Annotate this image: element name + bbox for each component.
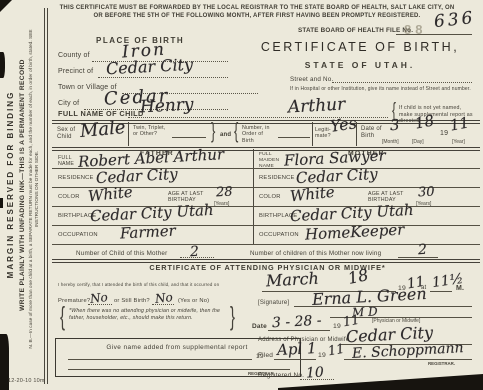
mother-occupation-label: OCCUPATION xyxy=(259,232,299,239)
filed-year-value: 11 xyxy=(327,343,346,359)
signature-label: [Signature] xyxy=(258,300,289,307)
sex-divider-2 xyxy=(312,122,313,146)
mother-residence-line xyxy=(253,187,480,188)
county-label: County of xyxy=(58,52,90,60)
no-attendant-brace-open: { xyxy=(60,305,65,331)
child-number-value: 2 xyxy=(190,245,200,259)
stillbirth-value: No xyxy=(154,291,173,305)
certify-text: I hereby certify, that I attended the bi… xyxy=(58,283,219,289)
margin-rule-outer xyxy=(44,8,45,384)
file-no-value: 636 xyxy=(433,10,476,31)
attendant-date-value: 3 - 28 - xyxy=(272,314,322,331)
and-brace-open: { xyxy=(234,119,238,141)
father-occupation-label: OCCUPATION xyxy=(58,232,98,239)
margin-nb-note: N. B.—In case of more than one child at … xyxy=(29,26,41,352)
margin-binding-notice: MARGIN RESERVED FOR BINDING xyxy=(6,37,15,332)
precinct-label: Precinct of xyxy=(58,68,93,76)
dob-month-caption: [Month] xyxy=(382,139,399,145)
registered-value: 10 xyxy=(306,366,325,381)
dob-year-prefix: 19 xyxy=(440,130,448,138)
sex-divider-1 xyxy=(128,122,129,146)
mother-color-value: White xyxy=(289,185,335,205)
print-code: 12-20-10 10m xyxy=(8,378,45,385)
occurred-day-value: 18 xyxy=(347,267,370,287)
stillbirth-label: or Still Birth? xyxy=(114,298,150,305)
parent-center-divider xyxy=(253,149,254,245)
dob-year-value: 11 xyxy=(449,115,470,133)
father-occupation-value: Farmer xyxy=(120,224,176,242)
child-number-label: Number of Child of this Mother xyxy=(76,250,167,258)
mother-residence-value: Cedar City xyxy=(296,167,378,186)
order-blank-dash xyxy=(278,137,310,138)
forward-notice: THIS CERTIFICATE MUST BE FORWARDED BY TH… xyxy=(58,5,456,21)
stillbirth-line xyxy=(152,304,174,305)
dob-day-value: 18 xyxy=(414,113,435,131)
dob-year-caption: [Year] xyxy=(452,139,465,145)
mother-occupation-value: HomeKeeper xyxy=(305,222,405,242)
mother-name-label: FULL MAIDEN NAME xyxy=(259,152,283,170)
scan-mark-left-dot xyxy=(0,198,3,208)
father-occupation-line xyxy=(52,244,253,245)
meridian-label: M. xyxy=(456,285,464,293)
birth-certificate-document: MARGIN RESERVED FOR BINDING WRITE PLAINL… xyxy=(0,0,483,390)
sex-value: Male xyxy=(79,119,126,141)
occurred-month-value: March xyxy=(266,271,320,290)
yes-or-no-caption: (Yes or No) xyxy=(178,298,209,305)
margin-permanent-record-notice: WRITE PLAINLY WITH UNFADING INK—THIS IS … xyxy=(19,26,26,344)
city-label: City of xyxy=(58,100,79,108)
father-residence-value: Cedar City xyxy=(96,167,178,186)
registered-label: Registered No. xyxy=(258,372,304,380)
precinct-value: Cedar City xyxy=(106,57,194,78)
registrar-caption: REGISTRAR. xyxy=(428,361,455,366)
premature-value: No xyxy=(89,291,108,305)
father-color-label: COLOR xyxy=(58,194,80,201)
and-brace-close: } xyxy=(211,119,215,141)
attendant-date-label: Date xyxy=(252,323,267,331)
hospital-note: If in Hospital or other Institution, giv… xyxy=(290,86,471,92)
scan-mark-left-edge xyxy=(0,52,5,78)
supplemental-box-label: Give name added from supplemental report xyxy=(62,344,292,352)
registrar-signature: E. Schoppmann xyxy=(352,341,464,361)
child-first-name: Henry xyxy=(140,97,194,117)
mother-color-label: COLOR xyxy=(259,194,281,201)
premature-line xyxy=(88,304,112,305)
scan-mark-top-left xyxy=(0,0,12,12)
living-label: Number of children of this Mother now li… xyxy=(250,250,381,258)
living-value: 2 xyxy=(418,243,428,257)
legitimate-value: Yes xyxy=(329,115,358,135)
filed-year-prefix: 19 xyxy=(318,352,326,360)
street-line xyxy=(332,82,472,83)
margin-rule-inner xyxy=(47,8,48,384)
father-residence-label: RESIDENCE xyxy=(58,175,94,182)
order-label: Number, in Order of Birth xyxy=(242,125,274,144)
no-attendant-note: *When there was no attending physician o… xyxy=(69,308,229,322)
mother-occupation-line xyxy=(253,244,480,245)
dob-month-value: 3 xyxy=(390,118,400,133)
twin-blank-dash xyxy=(172,137,206,138)
father-birthplace-value: Cedar City Utah xyxy=(90,203,214,224)
no-attendant-brace-close: } xyxy=(230,305,235,331)
twin-label: Twin, Triplet, or Other? xyxy=(133,125,167,138)
time-line xyxy=(430,291,452,292)
mother-residence-label: RESIDENCE xyxy=(259,175,295,182)
street-label: Street and No. xyxy=(290,76,333,84)
and-label: and xyxy=(220,132,231,139)
father-name-label: FULL NAME xyxy=(58,155,78,168)
child-surname: Arthur xyxy=(288,97,346,117)
attendant-date-year-prefix: 19 xyxy=(333,323,341,331)
certificate-title: CERTIFICATE OF BIRTH, xyxy=(240,40,480,55)
file-no-stamp: 88 xyxy=(404,22,426,37)
filed-value: Apl 1 xyxy=(277,341,317,358)
filed-label: Filed xyxy=(258,352,273,360)
mother-age-value: 30 xyxy=(418,186,435,200)
sex-divider-3 xyxy=(356,122,357,146)
filed-line xyxy=(274,359,316,360)
father-color-value: White xyxy=(87,185,133,205)
supplemental-name-line xyxy=(68,359,252,360)
dob-day-caption: [Day] xyxy=(412,139,424,145)
father-age-value: 28 xyxy=(216,186,233,200)
certificate-subtitle: STATE OF UTAH. xyxy=(240,60,480,70)
